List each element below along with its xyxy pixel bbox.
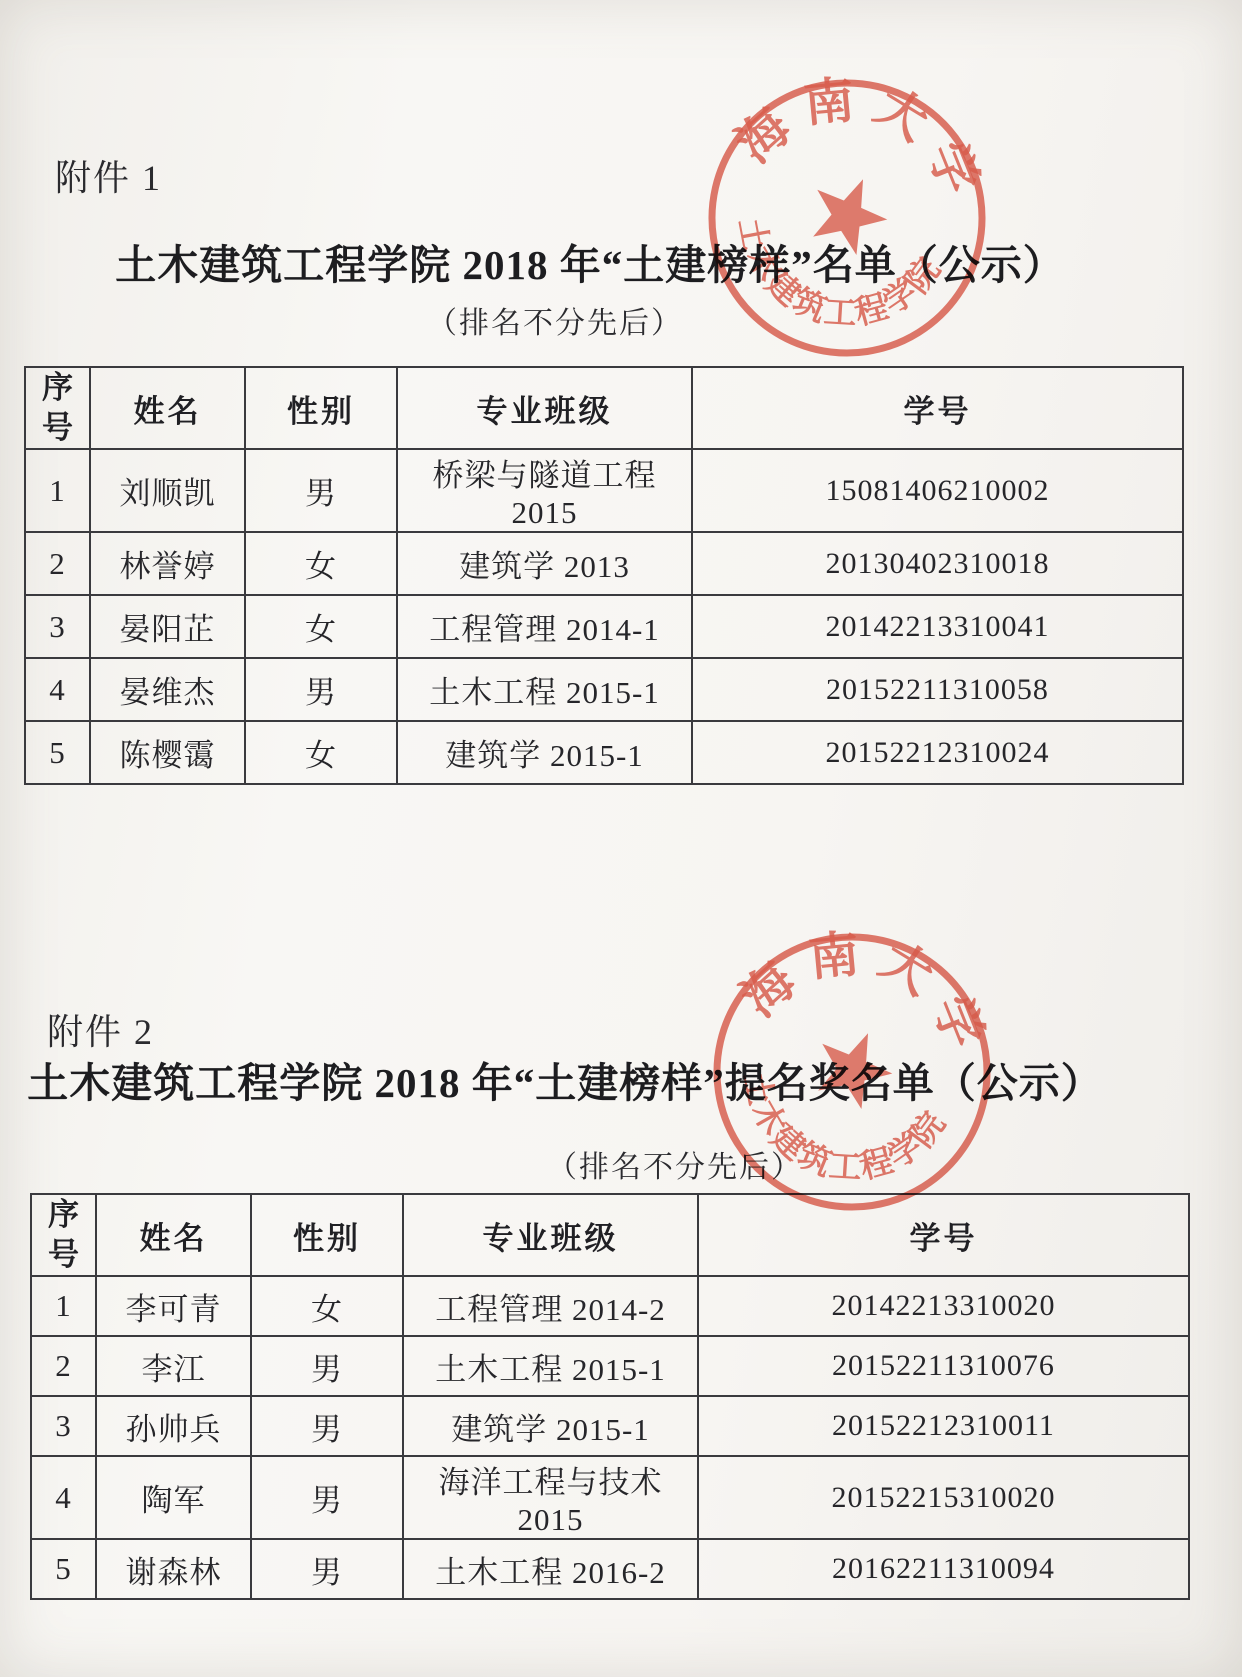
- cell-major-class: 建筑学 2015-1: [403, 1396, 698, 1456]
- cell-major-class: 土木工程 2015-1: [397, 658, 692, 721]
- cell-student-id: 20152211310058: [692, 658, 1183, 721]
- cell-name: 晏维杰: [90, 658, 245, 721]
- table-row: 5 陈樱霭 女 建筑学 2015-1 20152212310024: [25, 721, 1183, 784]
- cell-student-id: 20142213310020: [698, 1276, 1189, 1336]
- attachment2-title: 土木建筑工程学院 2018 年“土建榜样”提名奖名单（公示）: [0, 1050, 1130, 1109]
- cell-student-id: 20142213310041: [692, 595, 1183, 658]
- cell-name: 李江: [96, 1336, 251, 1396]
- cell-gender: 女: [245, 595, 397, 658]
- table-row: 4 晏维杰 男 土木工程 2015-1 20152211310058: [25, 658, 1183, 721]
- attachment2-subtitle: （排名不分先后）: [120, 1142, 1230, 1186]
- cell-gender: 女: [251, 1276, 403, 1336]
- table-row: 5 谢森林 男 土木工程 2016-2 20162211310094: [31, 1539, 1189, 1599]
- cell-gender: 女: [245, 532, 397, 595]
- cell-student-id: 20152212310024: [692, 721, 1183, 784]
- cell-gender: 女: [245, 721, 397, 784]
- header-student-id: 学号: [698, 1194, 1189, 1276]
- table-row: 4 陶军 男 海洋工程与技术 2015 20152215310020: [31, 1456, 1189, 1539]
- cell-student-id: 20162211310094: [698, 1539, 1189, 1599]
- header-major-class: 专业班级: [397, 367, 692, 449]
- cell-gender: 男: [245, 658, 397, 721]
- attachment1-subtitle: （排名不分先后）: [0, 298, 1110, 342]
- header-name: 姓名: [90, 367, 245, 449]
- table-header-row: 序号 姓名 性别 专业班级 学号: [31, 1194, 1189, 1276]
- cell-major-class: 海洋工程与技术 2015: [403, 1456, 698, 1539]
- cell-gender: 男: [251, 1396, 403, 1456]
- cell-index: 4: [25, 658, 90, 721]
- attachment1-label: 附件 1: [55, 150, 162, 201]
- cell-index: 5: [25, 721, 90, 784]
- seal-university-text: 海南大学: [719, 68, 997, 225]
- table-row: 3 孙帅兵 男 建筑学 2015-1 20152212310011: [31, 1396, 1189, 1456]
- cell-index: 1: [31, 1276, 96, 1336]
- table-row: 3 晏阳芷 女 工程管理 2014-1 20142213310041: [25, 595, 1183, 658]
- cell-gender: 男: [251, 1336, 403, 1396]
- cell-major-class: 建筑学 2013: [397, 532, 692, 595]
- table-row: 1 李可青 女 工程管理 2014-2 20142213310020: [31, 1276, 1189, 1336]
- cell-name: 陶军: [96, 1456, 251, 1539]
- cell-major-class: 建筑学 2015-1: [397, 721, 692, 784]
- cell-gender: 男: [245, 449, 397, 532]
- cell-major-class: 土木工程 2016-2: [403, 1539, 698, 1599]
- cell-gender: 男: [251, 1456, 403, 1539]
- cell-major-class: 桥梁与隧道工程 2015: [397, 449, 692, 532]
- cell-student-id: 20152211310076: [698, 1336, 1189, 1396]
- cell-index: 4: [31, 1456, 96, 1539]
- cell-major-class: 工程管理 2014-1: [397, 595, 692, 658]
- cell-name: 谢森林: [96, 1539, 251, 1599]
- cell-student-id: 20130402310018: [692, 532, 1183, 595]
- cell-index: 5: [31, 1539, 96, 1599]
- header-student-id: 学号: [692, 367, 1183, 449]
- header-major-class: 专业班级: [403, 1194, 698, 1276]
- header-gender: 性别: [245, 367, 397, 449]
- attachment1-table: 序号 姓名 性别 专业班级 学号 1 刘顺凯 男 桥梁与隧道工程 2015 15…: [24, 366, 1184, 785]
- header-gender: 性别: [251, 1194, 403, 1276]
- table-row: 2 林誉婷 女 建筑学 2013 20130402310018: [25, 532, 1183, 595]
- attachment1-title: 土木建筑工程学院 2018 年“土建榜样”名单（公示）: [0, 232, 1180, 291]
- cell-name: 李可青: [96, 1276, 251, 1336]
- cell-major-class: 土木工程 2015-1: [403, 1336, 698, 1396]
- cell-index: 3: [25, 595, 90, 658]
- svg-text:海南大学: 海南大学: [719, 68, 997, 225]
- attachment2-label: 附件 2: [47, 1004, 154, 1055]
- header-index: 序号: [31, 1194, 96, 1276]
- cell-index: 2: [31, 1336, 96, 1396]
- table-header-row: 序号 姓名 性别 专业班级 学号: [25, 367, 1183, 449]
- cell-major-class: 工程管理 2014-2: [403, 1276, 698, 1336]
- cell-name: 林誉婷: [90, 532, 245, 595]
- header-index: 序号: [25, 367, 90, 449]
- cell-index: 3: [31, 1396, 96, 1456]
- cell-name: 刘顺凯: [90, 449, 245, 532]
- cell-student-id: 20152212310011: [698, 1396, 1189, 1456]
- cell-name: 孙帅兵: [96, 1396, 251, 1456]
- cell-index: 2: [25, 532, 90, 595]
- header-name: 姓名: [96, 1194, 251, 1276]
- cell-name: 陈樱霭: [90, 721, 245, 784]
- table-row: 2 李江 男 土木工程 2015-1 20152211310076: [31, 1336, 1189, 1396]
- table-row: 1 刘顺凯 男 桥梁与隧道工程 2015 15081406210002: [25, 449, 1183, 532]
- scanned-document-page: 附件 1 土木建筑工程学院 2018 年“土建榜样”名单（公示） （排名不分先后…: [0, 0, 1242, 1677]
- cell-name: 晏阳芷: [90, 595, 245, 658]
- attachment2-table: 序号 姓名 性别 专业班级 学号 1 李可青 女 工程管理 2014-2 201…: [30, 1193, 1190, 1600]
- cell-student-id: 20152215310020: [698, 1456, 1189, 1539]
- cell-gender: 男: [251, 1539, 403, 1599]
- cell-index: 1: [25, 449, 90, 532]
- cell-student-id: 15081406210002: [692, 449, 1183, 532]
